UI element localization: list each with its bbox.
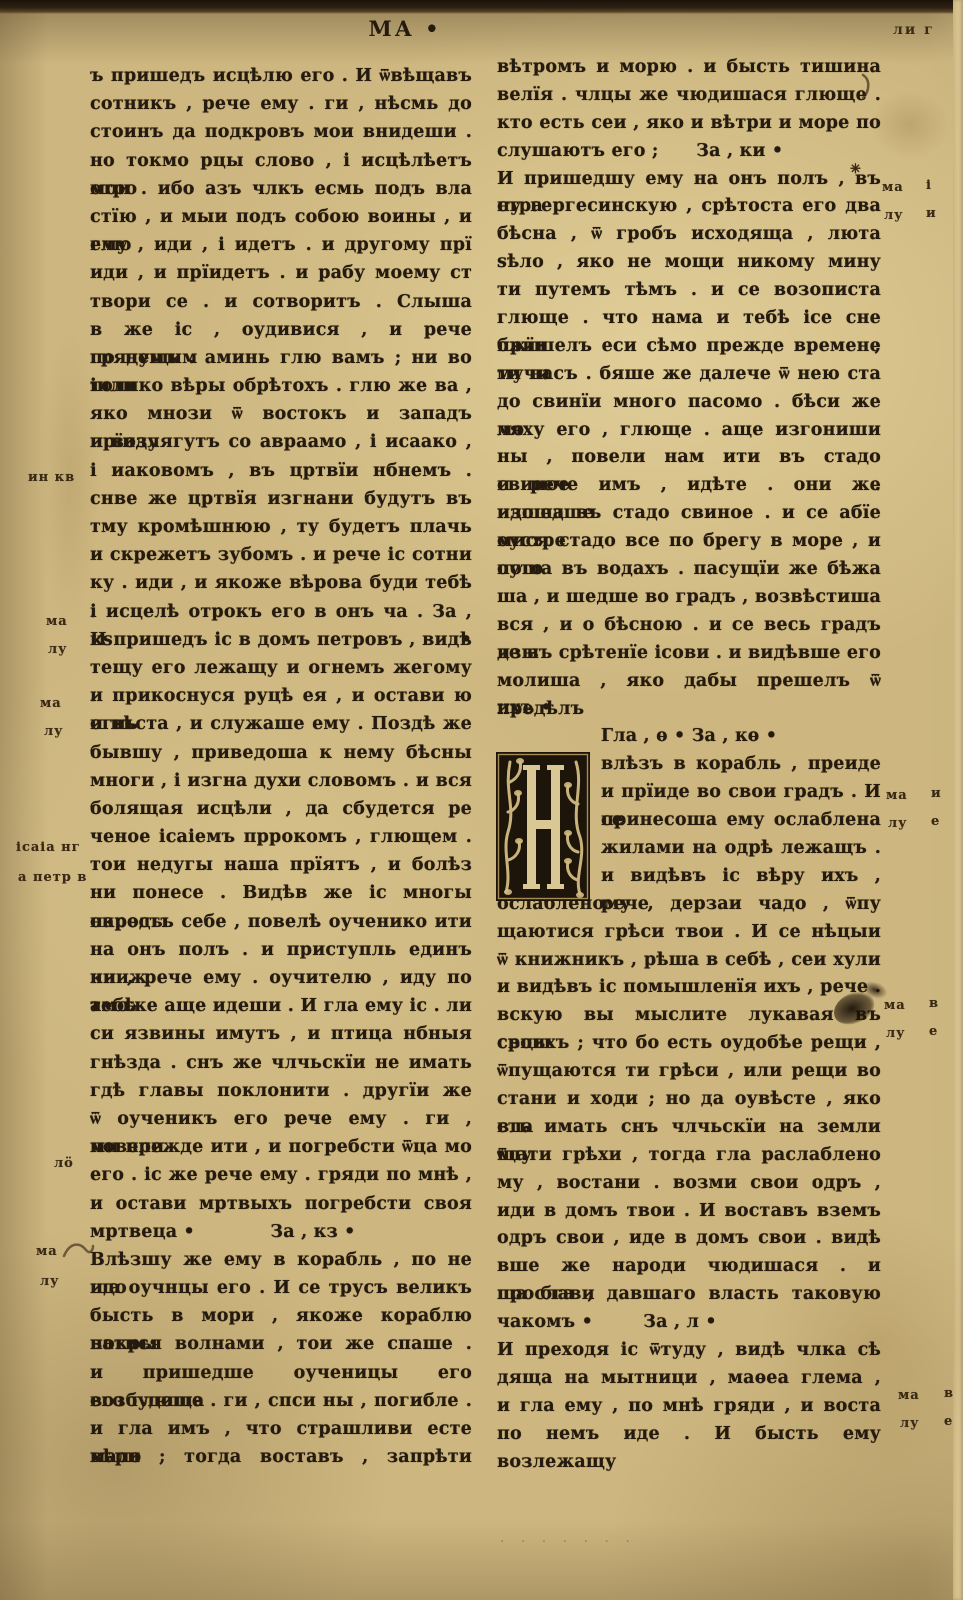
text-line: ми прежде ити , и погребсти ѿца мо: [90, 1133, 472, 1161]
text-line: ти насъ . бяше же далече ѿ нею ста: [497, 361, 881, 389]
text-line: яко мнози ѿ востокъ и западъ прїиду: [90, 400, 472, 428]
margin-note: в: [944, 1386, 954, 1401]
text-line: ѿ оученикъ его рече ему . ги , повели: [90, 1105, 472, 1133]
text-line: чакомъ • За , л •: [497, 1309, 881, 1337]
text-line: му , востани . возми свои одръ ,: [497, 1170, 881, 1198]
text-line: многи , і изгна духи словомъ . и вся: [90, 767, 472, 795]
text-line: своихъ ; что бо есть оудобѣе рещи ,: [497, 1030, 881, 1058]
text-line: ѿ книжникъ , рѣша в себѣ , сеи хули .: [497, 947, 881, 975]
text-line: вся , и о бѣсною . и се весь градъ изы: [497, 612, 881, 640]
text-line: по немъ . аминь глю вамъ ; ни во іили: [90, 344, 472, 372]
text-line: ша оучнцы его . И се трусъ великъ: [90, 1274, 472, 1302]
margin-note: и: [931, 786, 942, 801]
text-line: і иаковомъ , въ цртвїи нбнемъ .: [90, 457, 472, 485]
text-line: и видѣвъ іс вѣру ихъ , рече: [601, 863, 881, 891]
text-line: вше же народи чюдишася . и прослави: [497, 1253, 881, 1281]
text-line: вѣри ; тогда воставъ , запрѣти: [90, 1443, 472, 1471]
margin-note: ма: [882, 180, 904, 195]
text-line: и видѣвъ іс помышленїя ихъ , рече .: [497, 974, 881, 1002]
margin-note: ма: [36, 1244, 58, 1259]
text-line: принесоша ему ослаблена: [601, 807, 881, 835]
text-line: бѣсна , ѿ гробъ исходяща , люта: [497, 221, 881, 249]
text-line: тои недугы наша прїятъ , и болѣз: [90, 851, 472, 879]
text-line: вѣтромъ и морю . и бысть тишина: [497, 54, 881, 82]
paper-stain: [870, 90, 950, 160]
text-line: но токмо рцы слово , і исцѣлѣетъ отро: [90, 147, 472, 175]
margin-note: ✳: [850, 162, 862, 177]
text-line: ша , и шедше во градъ , возвѣстиша: [497, 584, 881, 612]
text-line: бывшу , приведоша к нему бѣсны: [90, 739, 472, 767]
margin-note: ісаіа нг: [16, 840, 81, 855]
text-line: и прїиде во свои градъ . И се: [601, 779, 881, 807]
text-line: И пришедшу ему на онъ полъ , въ стра: [497, 166, 881, 194]
text-line: толико вѣры обрѣтохъ . глю же ва ,: [90, 372, 472, 400]
text-line: глюще . что нама и тебѣ ісе сне бжїи ;: [497, 305, 881, 333]
text-line: стоинъ да подкровъ мои внидеши .: [90, 118, 472, 146]
text-line: де въ срѣтенїе ісови . и видѣвше его: [497, 640, 881, 668]
margin-note: лу: [48, 642, 68, 657]
text-line: і исцелѣ отрокъ его в онъ ча . За , кѕ •: [90, 598, 472, 626]
margin-note: і: [926, 178, 932, 193]
text-line: и пришедше оученицы его возбудиша: [90, 1359, 472, 1387]
book-page-scan: МА • ли г ъ пришедъ исцѣлю его . И ѿвѣща…: [0, 0, 963, 1600]
margin-note: ма: [40, 696, 62, 711]
text-line: ни , рече ему . оучителю , иду по тебѣ: [90, 964, 472, 992]
text-line: си язвины имутъ , и птица нбныя: [90, 1020, 472, 1048]
margin-note: и: [926, 206, 937, 221]
text-line: сть имать снъ члчьскїи на земли ѿпу: [497, 1114, 881, 1142]
text-line: и скрежетъ зубомъ . и рече іс сотни: [90, 541, 472, 569]
text-line: мои . ибо азъ члкъ есмь подъ вла: [90, 175, 472, 203]
margin-note: е: [929, 1024, 938, 1039]
folio-number: ли г: [893, 22, 935, 38]
text-line: ченое ісаіемъ пррокомъ , глющем .: [90, 823, 472, 851]
text-line: велїя . члцы же чюдишася глюще .: [497, 82, 881, 110]
text-line: и прикоснуся руцѣ ея , и остави ю огнь: [90, 682, 472, 710]
text-line: слушаютъ его ; За , ки •: [497, 138, 881, 166]
verso-bleed-dots: · · · · · · ·: [500, 1534, 900, 1550]
text-line: твори се . и сотворитъ . Слыша: [90, 288, 472, 316]
text-line: ны , повели нам ити въ стадо свиное .: [497, 444, 881, 472]
text-line: идоша въ стадо свиное . и се абїе оустре: [497, 500, 881, 528]
text-line: на онъ полъ . и приступль единъ книж: [90, 936, 472, 964]
text-line: его . іс же рече ему . гряди по мнѣ ,: [90, 1161, 472, 1189]
text-line: молиша , яко дабы прешелъ ѿ предѣлъ: [497, 668, 881, 696]
margin-note: ма: [884, 998, 906, 1013]
margin-note: лу: [886, 1026, 906, 1041]
text-line: поша въ водахъ . пасущїи же бѣжа: [497, 556, 881, 584]
text-line: жилами на одрѣ лежащъ .: [601, 835, 881, 863]
text-line: гнѣзда . снъ же члчьскїи не имать: [90, 1049, 472, 1077]
margin-note: ма: [886, 788, 908, 803]
text-line: ватися волнами , тои же спаше .: [90, 1330, 472, 1358]
text-line: дяща на мытници , маѳеа глема ,: [497, 1365, 881, 1393]
margin-note: а петр в: [18, 870, 87, 885]
text-line: ша бга , давшаго власть таковую: [497, 1281, 881, 1309]
text-line: окрестъ себе , повелѣ оученико ити: [90, 908, 472, 936]
text-line: его глюще . ги , спси ны , погибле .: [90, 1387, 472, 1415]
margin-note: лӧ: [54, 1156, 74, 1171]
text-line: ну гергесинскую , срѣтоста его два: [497, 193, 881, 221]
text-line: ему , иди , і идетъ . и другому прї: [90, 231, 472, 259]
margin-note: е: [944, 1414, 953, 1429]
text-line: и гла ему , по мнѣ гряди , и воста: [497, 1393, 881, 1421]
text-line: мртвеца • За , кз •: [90, 1218, 472, 1246]
text-line: щати грѣхи , тогда гла раслаблено: [497, 1142, 881, 1170]
text-line: тму кромѣшнюю , ту будетъ плачь: [90, 513, 472, 541]
text-line: ъ пришедъ исцѣлю его . И ѿвѣщавъ: [90, 62, 472, 90]
margin-note: лу: [900, 1416, 920, 1431]
text-line: стїю , и мыи подъ собою воины , и глю: [90, 203, 472, 231]
margin-note: ма: [898, 1388, 920, 1403]
text-line: пришелъ еси сѣмо прежде времене мучи: [497, 333, 881, 361]
margin-note: ма: [46, 614, 68, 629]
text-line: по немъ иде . И бысть ему возлежащу: [497, 1421, 881, 1449]
text-line: вскую вы мыслите лукавая въ срцы: [497, 1002, 881, 1030]
text-line: до свинїи много пасомо . бѣси же мо: [497, 389, 881, 417]
margin-note: ин кв: [28, 470, 75, 485]
margin-note: лу: [888, 816, 908, 831]
text-line: стани и ходи ; но да оувѣсте , яко вла: [497, 1086, 881, 1114]
text-line: и возлягутъ со авраамо , і исаако ,: [90, 428, 472, 456]
text-line: ѿпущаются ти грѣси , или рещи во: [497, 1058, 881, 1086]
margin-note: е: [931, 814, 940, 829]
text-line: тещу его лежащу и огнемъ жегому .: [90, 654, 472, 682]
text-line: сотникъ , рече ему . ги , нѣсмь до: [90, 90, 472, 118]
text-line: влѣзъ в корабль , преиде: [601, 751, 881, 779]
margin-note: лу: [884, 208, 904, 223]
text-line: одръ свои , иде в домъ свои . видѣ: [497, 1225, 881, 1253]
text-line: И пришедъ іс в домъ петровъ , видѣ: [90, 626, 472, 654]
text-line: снве же цртвїя изгнани будутъ въ: [90, 485, 472, 513]
text-line: ляху его , глюще . аще изгониши: [497, 417, 881, 445]
text-line: и гла имъ , что страшливи есте мало: [90, 1415, 472, 1443]
running-title: МА •: [340, 16, 470, 41]
binding-edge-shadow: [0, 0, 963, 14]
chapter-heading: Гла , ѳ • За , кѳ •: [497, 723, 881, 751]
text-line: бысть в мори , якоже кораблю покры: [90, 1302, 472, 1330]
text-line: болящая исцѣли , да сбудется ре: [90, 795, 472, 823]
text-line: и вѣста , и служаше ему . Поздѣ же: [90, 710, 472, 738]
margin-note: в: [929, 996, 939, 1011]
text-line: Влѣзшу же ему в корабль , по не идо: [90, 1246, 472, 1274]
ornate-initial-woodcut: И: [496, 752, 590, 901]
text-line: в же іс , оудивися , и рече грядущим: [90, 316, 472, 344]
text-line: ти путемъ тѣмъ . и се возописта: [497, 277, 881, 305]
text-line: ѕѣло , яко не мощи никому мину: [497, 249, 881, 277]
text-line: и рече имъ , идѣте . они же изшедше: [497, 472, 881, 500]
text-line: ку . иди , и якоже вѣрова буди тебѣ .: [90, 569, 472, 597]
text-line: кто есть сеи , яко и вѣтри и море по: [497, 110, 881, 138]
text-line: ни понесе . Видѣв же іс многы народы: [90, 879, 472, 907]
text-line: аможе аще идеши . И гла ему іс . ли: [90, 992, 472, 1020]
text-line: и остави мртвыхъ погребсти своя: [90, 1190, 472, 1218]
text-line: иди , и прїидетъ . и рабу моему ст: [90, 259, 472, 287]
margin-note: лу: [40, 1274, 60, 1289]
text-line: гдѣ главы поклонити . другїи же: [90, 1077, 472, 1105]
left-text-column: ъ пришедъ исцѣлю его . И ѿвѣщавъсотникъ …: [90, 62, 472, 1471]
text-line: И преходя іс ѿтуду , видѣ члка сѣ: [497, 1337, 881, 1365]
margin-note: лу: [44, 724, 64, 739]
text-line: иди в домъ твои . И воставъ вземъ: [497, 1198, 881, 1226]
text-line: щаютися грѣси твои . И се нѣцыи: [497, 919, 881, 947]
text-line: мися стадо все по брегу в море , и оуто: [497, 528, 881, 556]
